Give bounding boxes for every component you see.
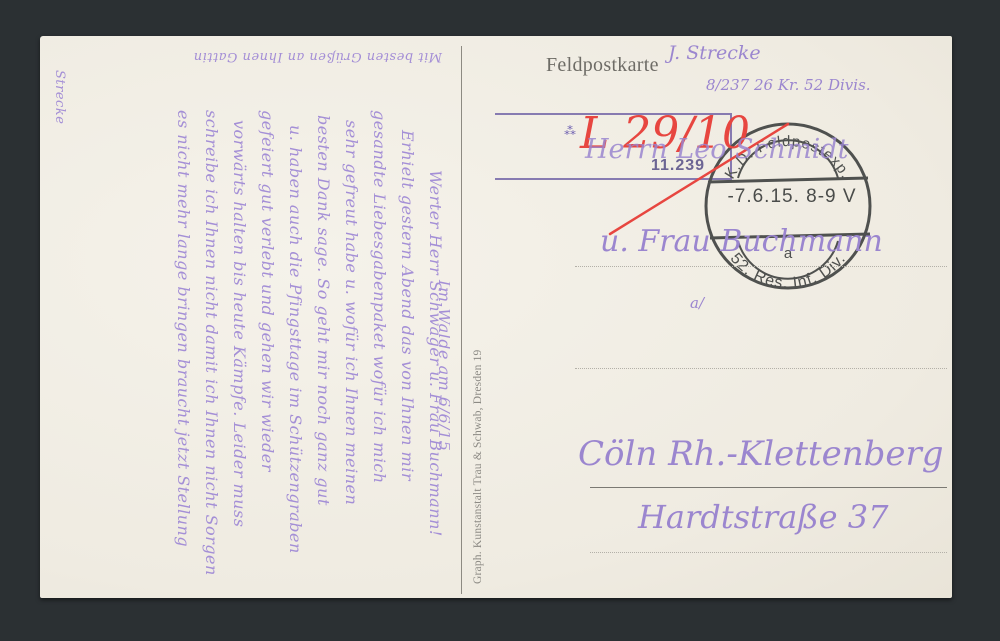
recipient-line-4: Hardtstraße 37 <box>638 498 888 536</box>
message-line: gesandte Liebesgabenpaket wofür ich mich <box>370 110 389 484</box>
message-closing: Mit besten Grüßen an Ihnen Gattin <box>193 49 442 64</box>
sender-unit: 8/237 26 Kr. 52 Divis. <box>706 76 871 94</box>
address-line-4 <box>590 552 947 553</box>
card-title: Feldpostkarte <box>546 54 659 77</box>
censor-mark-dots: ⁂ <box>564 124 576 139</box>
address-line-2 <box>575 368 947 369</box>
printer-imprint: Graph. Kunstanstalt Trau & Schwab, Dresd… <box>472 349 484 584</box>
message-line: vorwärts halten bis heute Kämpfe. Leider… <box>230 120 249 527</box>
recipient-line-3: Cöln Rh.-Klettenberg <box>578 434 944 474</box>
recipient-line-2: u. Frau Buchmann <box>600 224 883 259</box>
center-divider <box>461 46 462 594</box>
address-line-1 <box>575 266 947 267</box>
recipient-line-3-superscript: a/ <box>690 294 704 312</box>
message-line: sehr gefreut habe u. wofür ich Ihnen mei… <box>342 120 361 505</box>
message-date: Im Walde am 6/6/15 <box>435 280 450 451</box>
message-line: u. haben auch die Pfingsttage im Schütze… <box>286 125 305 554</box>
message-line: schreibe ich Ihnen nicht damit ich Ihnen… <box>202 110 221 576</box>
message-signature: Strecke <box>52 70 67 124</box>
message-line: es nicht mehr lange bringen braucht jetz… <box>174 110 193 547</box>
message-line: gefeiert gut verlebt und gehen wir wiede… <box>258 110 277 472</box>
handwritten-message: Werter Herr Schwager u. Frau Buchmann! E… <box>50 40 450 590</box>
message-line: Erhielt gestern Abend das von Ihnen mir <box>398 130 417 481</box>
address-line-3 <box>590 487 947 488</box>
recipient-line-1: Herrn Leo Schmidt <box>585 134 848 165</box>
sender-name: J. Strecke <box>668 42 761 64</box>
message-line: besten Dank sage. So geht mir noch ganz … <box>314 115 333 506</box>
postcard: Werter Herr Schwager u. Frau Buchmann! E… <box>40 36 952 598</box>
